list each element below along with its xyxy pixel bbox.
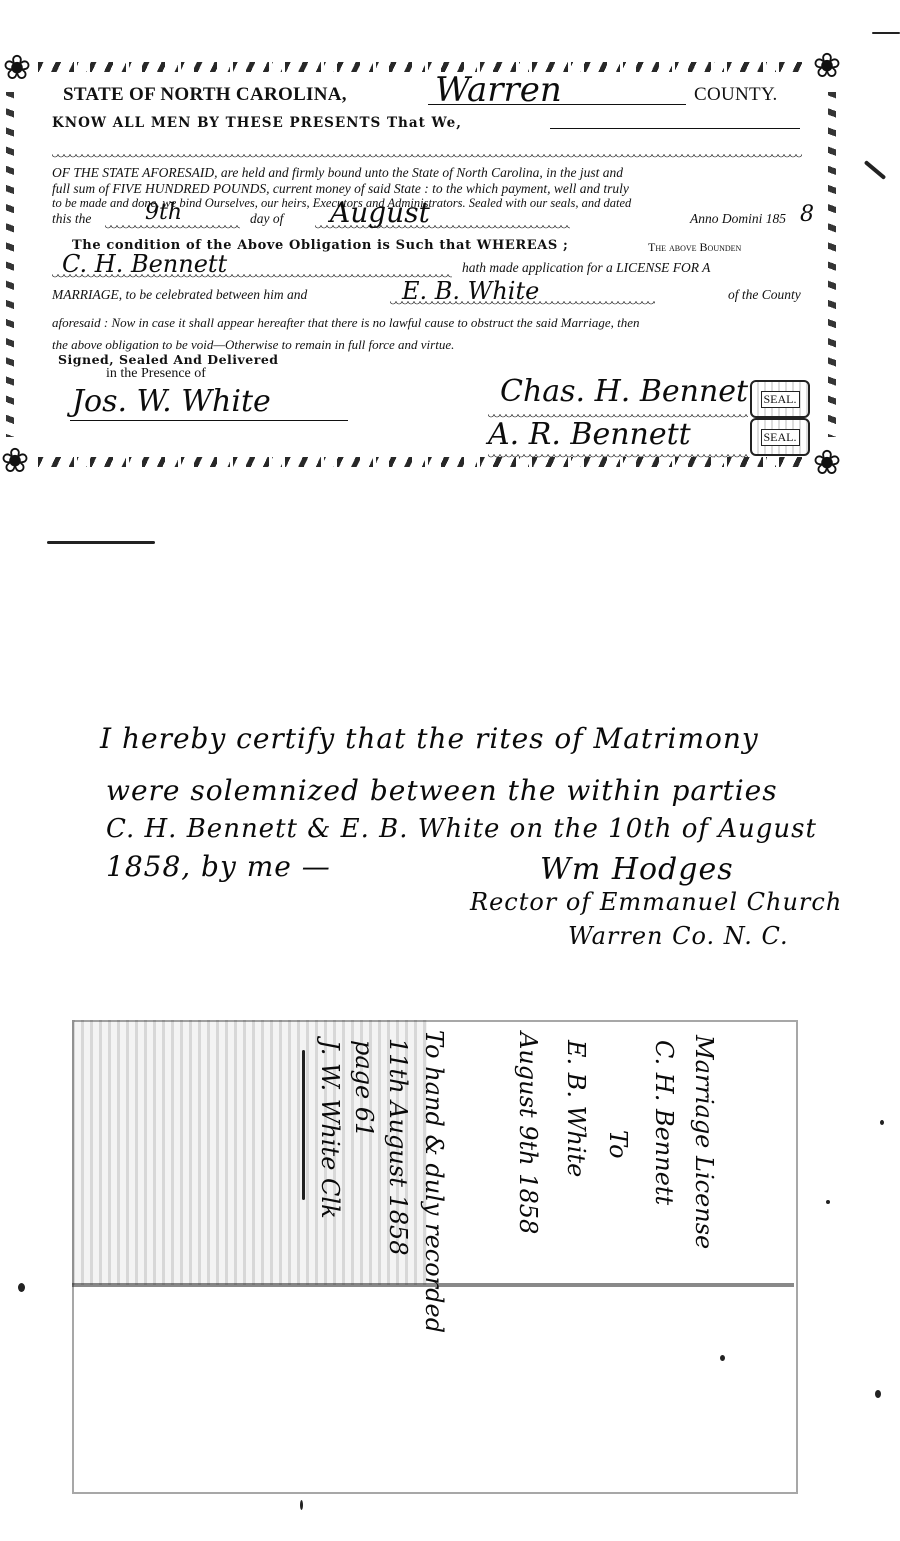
scan-mark (864, 160, 886, 180)
recording-line-1: To hand & duly recorded (420, 1030, 448, 1333)
bride-handwritten: E. B. White (402, 277, 539, 305)
seal-label: SEAL. (761, 429, 800, 446)
docket-line-4: E. B. White (562, 1040, 590, 1177)
bond-body-line-1: OF THE STATE AFORESAID, are held and fir… (52, 165, 623, 181)
marriage-bond-form: ❀ ❀ ❀ ❀ STATE OF NORTH CAROLINA, Warren … (10, 62, 830, 467)
wavy-rule (52, 154, 802, 160)
recording-line-2: 11th August 1858 (384, 1038, 412, 1256)
void-text: the above obligation to be void—Otherwis… (52, 337, 454, 353)
month-handwritten: August (330, 196, 430, 229)
ribbon-corner-icon: ❀ (0, 445, 32, 479)
county-label: COUNTY. (694, 84, 778, 106)
seal-1: SEAL. (750, 380, 810, 418)
anno-domini: Anno Domini 185 (690, 211, 786, 227)
seal-label: SEAL. (761, 391, 800, 408)
know-all-men-heading: KNOW ALL MEN BY THESE PRESENTS That We, (52, 115, 462, 131)
docket-line-5: August 9th 1858 (514, 1032, 542, 1234)
ornamental-border-right (828, 92, 836, 437)
docket-line-2: C. H. Bennett (650, 1040, 678, 1205)
witness-signature-line (70, 420, 348, 421)
docket-line-3: To (604, 1130, 632, 1159)
ribbon-corner-icon: ❀ (810, 50, 844, 84)
scan-speck (18, 1283, 25, 1292)
scan-mark (47, 541, 155, 544)
ribbon-corner-icon: ❀ (810, 447, 844, 481)
surety-signature: A. R. Bennett (488, 417, 691, 452)
clerk-flourish (302, 1050, 305, 1200)
day-handwritten: 9th (145, 200, 182, 225)
groom-handwritten: C. H. Bennett (62, 250, 227, 278)
aforesaid-text: aforesaid : Now in case it shall appear … (52, 315, 639, 331)
date-prefix: this the (52, 211, 91, 227)
scan-speck (875, 1390, 881, 1398)
marriage-text: MARRIAGE, to be celebrated between him a… (52, 287, 307, 303)
of-the-county: of the County (728, 287, 801, 303)
county-handwritten: Warren (435, 70, 562, 110)
principal-signature: Chas. H. Bennett (500, 374, 760, 409)
officiant-signature: Wm Hodges (540, 852, 734, 887)
cert-line-2: were solemnized between the within parti… (106, 774, 778, 807)
above-bounden: The above Bounden (648, 240, 741, 255)
recording-line-3: page 61 (350, 1040, 378, 1137)
signature-line-2 (488, 454, 748, 460)
state-heading: STATE OF NORTH CAROLINA, (63, 84, 347, 106)
day-of-label: day of (250, 211, 283, 227)
recording-line-4: J. W. White Clk (316, 1040, 344, 1219)
officiant-title-2: Warren Co. N. C. (568, 922, 789, 950)
seal-2: SEAL. (750, 418, 810, 456)
year-digit-handwritten: 8 (800, 202, 814, 227)
signed-sealed-delivered: Signed, Sealed And Delivered (58, 352, 279, 367)
in-presence-of: in the Presence of (106, 366, 206, 382)
ornamental-border-top (38, 62, 802, 72)
scan-speck (300, 1500, 303, 1510)
scan-speck (826, 1200, 830, 1204)
officiant-title-1: Rector of Emmanuel Church (470, 888, 842, 916)
ornamental-border-left (6, 92, 14, 437)
bond-body-line-2: full sum of FIVE HUNDRED POUNDS, current… (52, 181, 629, 197)
cert-line-4: 1858, by me — (106, 850, 331, 883)
ribbon-corner-icon: ❀ (0, 52, 34, 86)
day-field-line (105, 225, 240, 231)
application-text: hath made application for a LICENSE FOR … (462, 260, 710, 276)
docket-line-1: Marriage License (690, 1035, 718, 1249)
scan-speck (880, 1120, 884, 1125)
scan-mark (872, 32, 900, 34)
cert-line-3: C. H. Bennett & E. B. White on the 10th … (106, 814, 817, 844)
witness-signature: Jos. W. White (72, 384, 271, 419)
cert-line-1: I hereby certify that the rites of Matri… (100, 722, 759, 755)
obligors-field-line (550, 128, 800, 129)
